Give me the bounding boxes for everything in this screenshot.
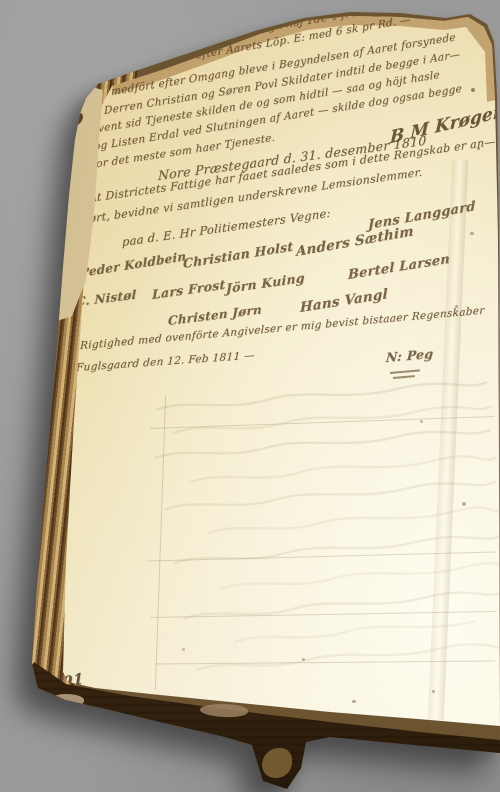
foxing-speck — [470, 232, 474, 235]
signature-npeg: N: Peg — [385, 346, 433, 365]
worm-hole-damage — [64, 132, 73, 141]
foxing-speck — [302, 658, 305, 661]
photo-of-manuscript: Sörgeförte Besolding i höj 1de 4 f. besl… — [0, 0, 500, 792]
foxing-speck — [352, 700, 356, 703]
worm-hole-damage — [60, 96, 76, 108]
foxing-speck — [471, 88, 475, 92]
signature: Jörn Kuing — [226, 270, 305, 296]
book-shadow: Sörgeförte Besolding i höj 1de 4 f. besl… — [0, 0, 500, 792]
signature-flourish — [393, 375, 415, 378]
foxing-speck — [477, 147, 480, 150]
signature: Lars Frost — [152, 277, 226, 302]
signature: Christian Holst — [183, 238, 294, 271]
signature-flourish — [390, 369, 420, 373]
foxing-speck — [182, 648, 185, 651]
bleed-through-writing — [142, 376, 500, 694]
signature: C. Nistøl — [76, 288, 137, 310]
signature: Hans Vangl — [300, 286, 388, 316]
edge-damage-mark — [54, 214, 65, 233]
attestation-line: Fuglsgaard den 12. Feb 1811 — — [76, 349, 255, 374]
signature: Bertel Larsen — [348, 252, 450, 283]
foxing-speck — [462, 502, 466, 506]
attestation-line: Rigtighed med ovenförte Angivelser er mi… — [80, 305, 485, 352]
signature: Peder Koldbein — [80, 249, 186, 280]
foxing-speck — [455, 305, 458, 308]
foxing-speck — [432, 690, 435, 693]
archive-book: Sörgeförte Besolding i höj 1de 4 f. besl… — [0, 0, 500, 792]
foxing-speck — [420, 420, 423, 423]
signature: Anders Sæthim — [296, 223, 414, 260]
